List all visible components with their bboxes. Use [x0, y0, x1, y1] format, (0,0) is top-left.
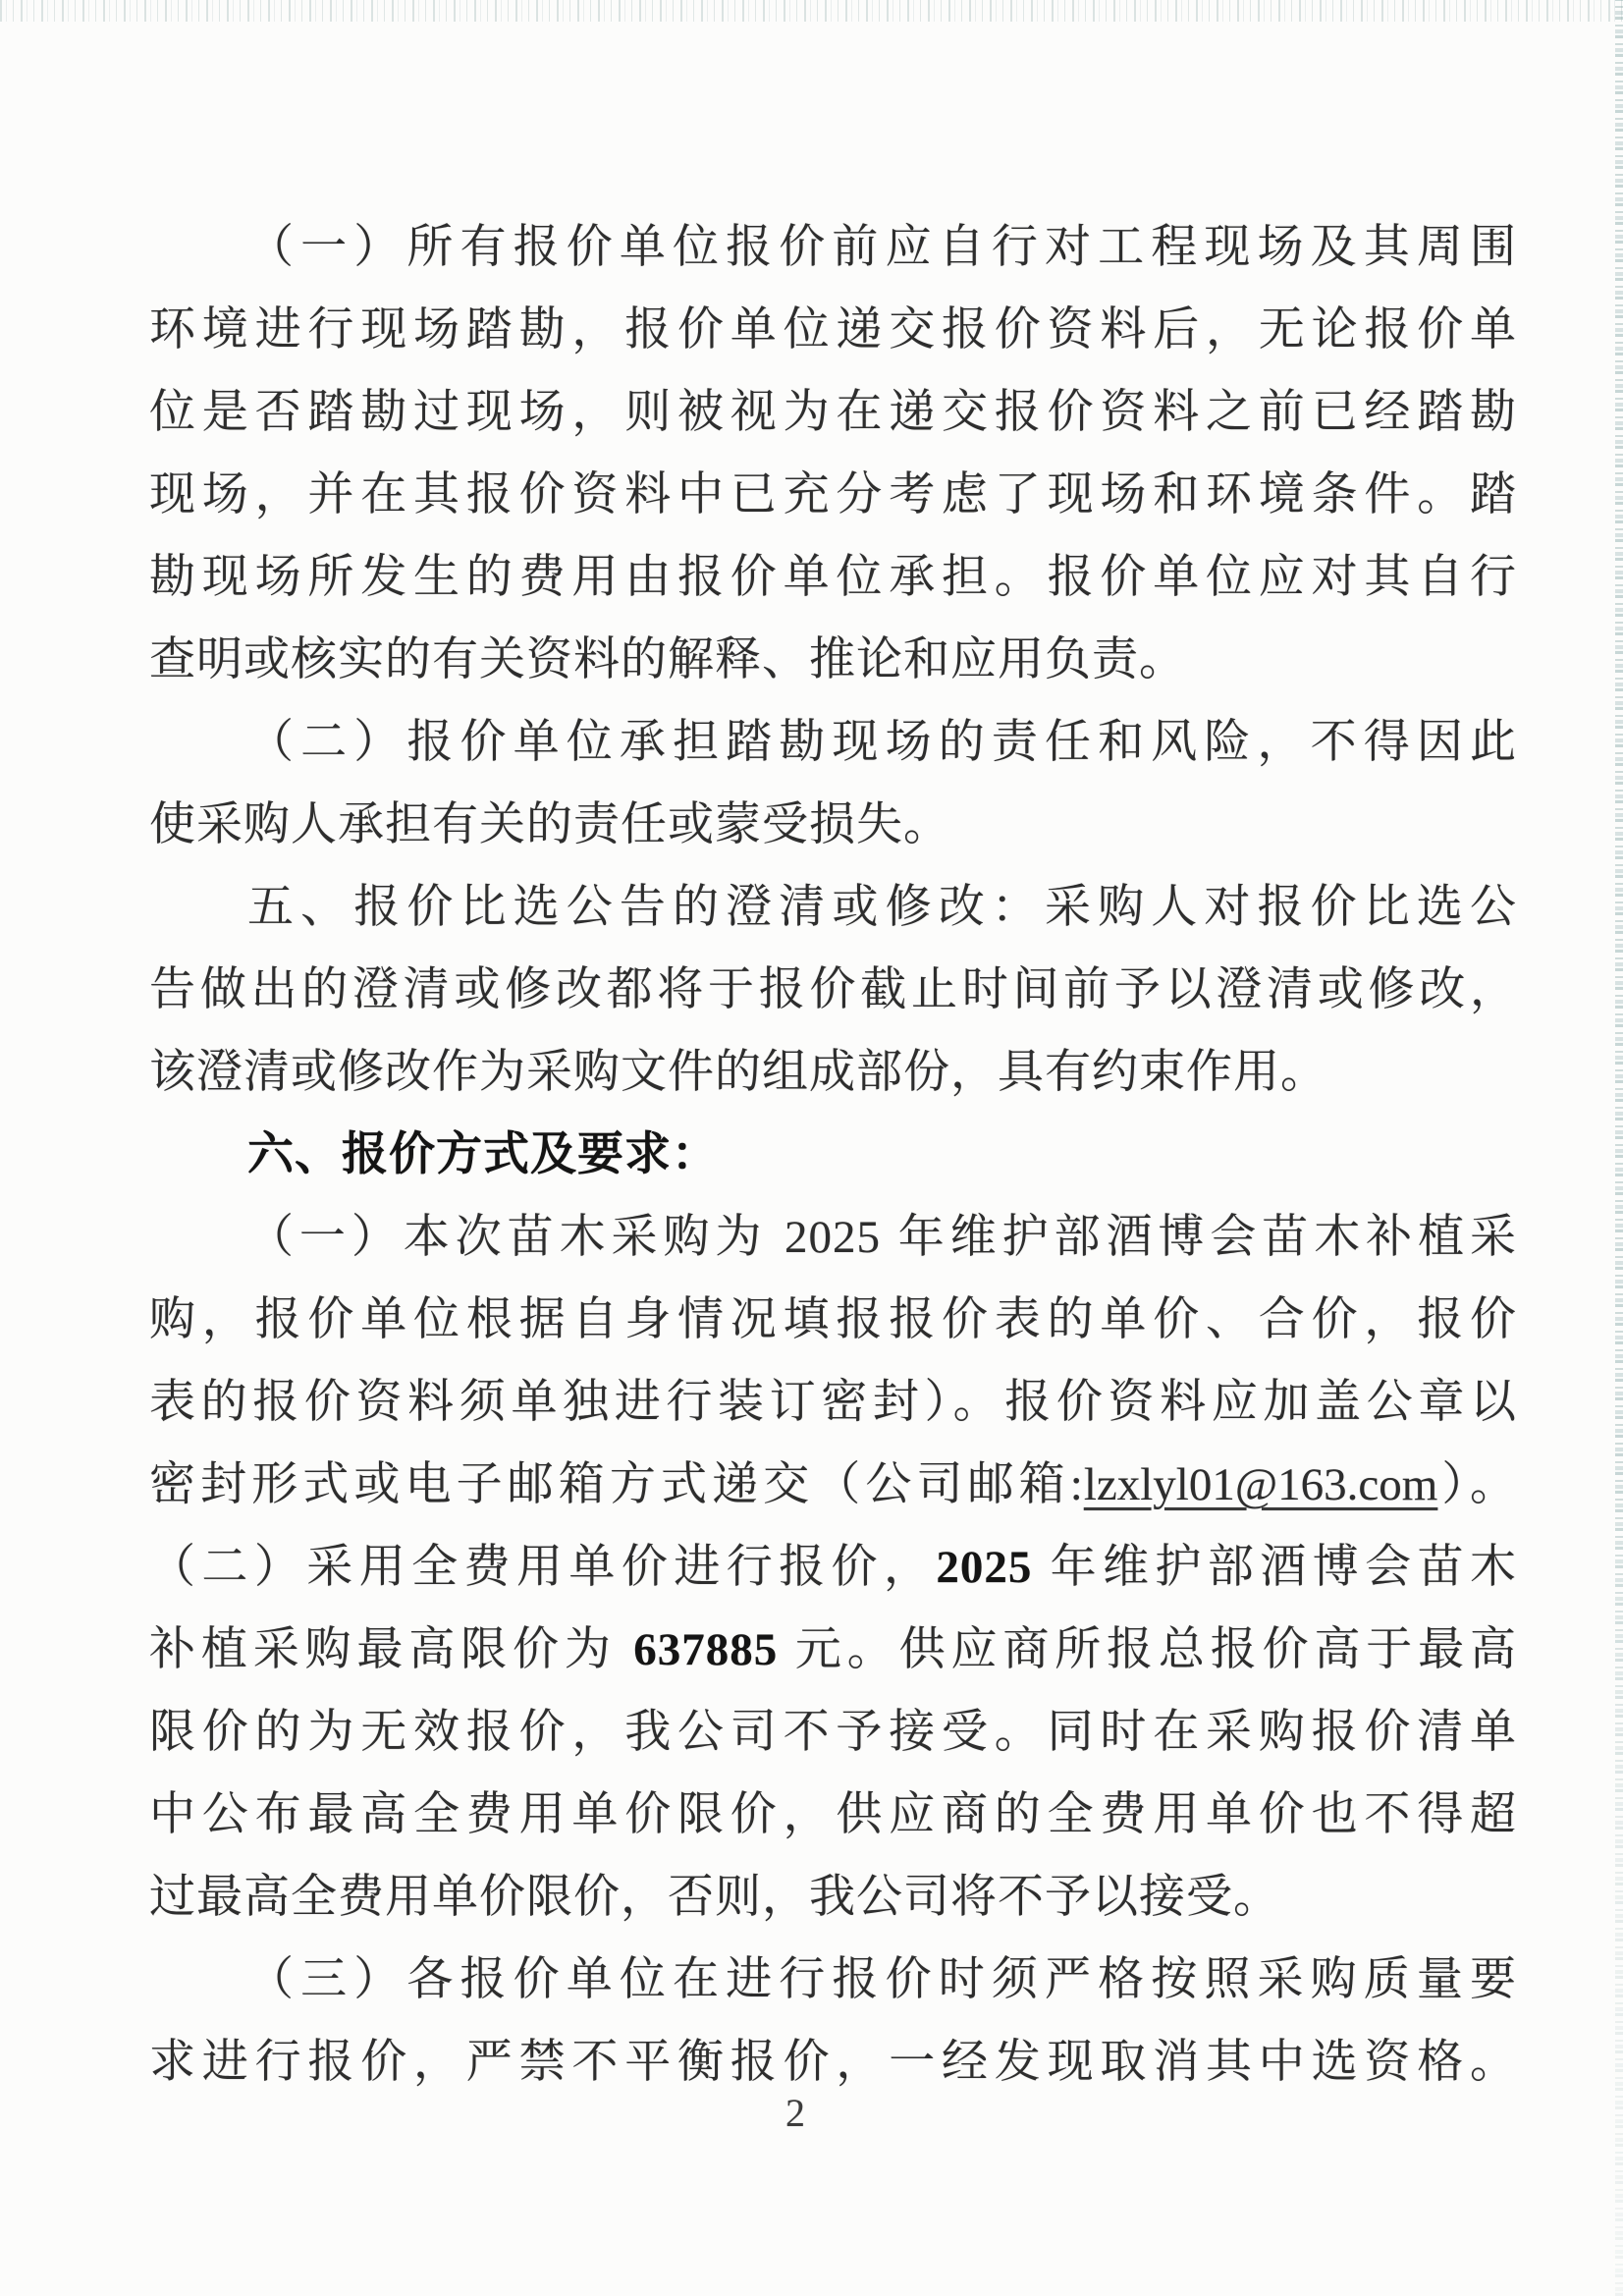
text-line: 中公布最高全费用单价限价，供应商的全费用单价也不得超 [149, 1774, 1517, 1856]
text-segment: 补植采购最高限价为 [149, 1624, 633, 1675]
text-line: 限价的为无效报价，我公司不予接受。同时在采购报价清单 [149, 1691, 1517, 1774]
text-line: （一）所有报价单位报价前应自行对工程现场及其周围 [149, 206, 1517, 289]
text-line: 表的报价资料须单独进行装订密封）。报价资料应加盖公章以 [149, 1361, 1517, 1444]
scan-artifact-top-edge [0, 0, 1623, 22]
text-segment: 位是否踏勘过现场，则被视为在递交报价资料之前已经踏勘 [149, 387, 1517, 438]
text-line: （二）报价单位承担踏勘现场的责任和风险，不得因此 [149, 701, 1517, 784]
text-segment: 表的报价资料须单独进行装订密封）。报价资料应加盖公章以 [149, 1377, 1517, 1428]
text-line: （一）本次苗木采购为 2025 年维护部酒博会苗木补植采 [149, 1196, 1517, 1279]
email-address: lzxlyl01@163.com [1084, 1459, 1438, 1510]
text-segment: 告做出的澄清或修改都将于报价截止时间前予以澄清或修改， [149, 964, 1517, 1015]
text-segment: 元。供应商所报总报价高于最高 [778, 1624, 1517, 1675]
text-line: 补植采购最高限价为 637885 元。供应商所报总报价高于最高 [149, 1609, 1517, 1691]
text-segment: 使采购人承担有关的责任或蒙受损失。 [149, 799, 950, 850]
text-segment: （一）所有报价单位报价前应自行对工程现场及其周围 [247, 222, 1517, 273]
text-line: 购，报价单位根据自身情况填报报价表的单价、合价，报价 [149, 1279, 1517, 1361]
text-segment: 环境进行现场踏勘，报价单位递交报价资料后，无论报价单 [149, 304, 1517, 355]
text-segment: 密封形式或电子邮箱方式递交（公司邮箱: [149, 1459, 1084, 1510]
text-line: 过最高全费用单价限价，否则，我公司将不予以接受。 [149, 1856, 1517, 1939]
text-segment: 勘现场所发生的费用由报价单位承担。报价单位应对其自行 [149, 552, 1517, 603]
text-segment: 查明或核实的有关资料的解释、推论和应用负责。 [149, 634, 1186, 685]
text-segment: 中公布最高全费用单价限价，供应商的全费用单价也不得超 [149, 1789, 1517, 1840]
text-segment: 该澄清或修改作为采购文件的组成部份，具有约束作用。 [149, 1047, 1327, 1098]
text-segment: 购，报价单位根据自身情况填报报价表的单价、合价，报价 [149, 1294, 1517, 1345]
text-segment: （二）报价单位承担踏勘现场的责任和风险，不得因此 [247, 717, 1517, 768]
emphasized-text: 637885 [633, 1624, 778, 1675]
text-line: 环境进行现场踏勘，报价单位递交报价资料后，无论报价单 [149, 289, 1517, 371]
text-segment: 年维护部酒博会苗木 [1032, 1542, 1517, 1593]
text-line: 使采购人承担有关的责任或蒙受损失。 [149, 784, 1517, 866]
text-segment: （三）各报价单位在进行报价时须严格按照采购质量要 [247, 1954, 1517, 2005]
text-line: （二）采用全费用单价进行报价，2025 年维护部酒博会苗木 [149, 1526, 1517, 1609]
document-page: （一）所有报价单位报价前应自行对工程现场及其周围环境进行现场踏勘，报价单位递交报… [0, 0, 1623, 2296]
text-segment: （二）采用全费用单价进行报价， [149, 1542, 936, 1593]
text-line: 位是否踏勘过现场，则被视为在递交报价资料之前已经踏勘 [149, 371, 1517, 454]
document-body: （一）所有报价单位报价前应自行对工程现场及其周围环境进行现场踏勘，报价单位递交报… [149, 206, 1517, 2104]
text-line: 密封形式或电子邮箱方式递交（公司邮箱:lzxlyl01@163.com）。 [149, 1444, 1517, 1526]
text-segment: ）。 [1437, 1459, 1517, 1510]
text-segment: 五、报价比选公告的澄清或修改：采购人对报价比选公 [247, 882, 1517, 933]
text-segment: 限价的为无效报价，我公司不予接受。同时在采购报价清单 [149, 1707, 1517, 1758]
text-segment: 过最高全费用单价限价，否则，我公司将不予以接受。 [149, 1872, 1280, 1923]
text-line: 该澄清或修改作为采购文件的组成部份，具有约束作用。 [149, 1031, 1517, 1114]
text-segment: 现场，并在其报价资料中已充分考虑了现场和环境条件。踏 [149, 469, 1517, 520]
text-line: 五、报价比选公告的澄清或修改：采购人对报价比选公 [149, 866, 1517, 949]
text-line: 查明或核实的有关资料的解释、推论和应用负责。 [149, 619, 1517, 701]
text-segment: （一）本次苗木采购为 2025 年维护部酒博会苗木补植采 [247, 1212, 1517, 1263]
page-number: 2 [0, 2090, 1591, 2136]
text-line: 告做出的澄清或修改都将于报价截止时间前予以澄清或修改， [149, 949, 1517, 1031]
emphasized-text: 六、报价方式及要求： [247, 1129, 719, 1180]
scan-artifact-right-edge [1615, 0, 1623, 2296]
text-line: 勘现场所发生的费用由报价单位承担。报价单位应对其自行 [149, 536, 1517, 619]
text-line: （三）各报价单位在进行报价时须严格按照采购质量要 [149, 1939, 1517, 2021]
text-line: 六、报价方式及要求： [149, 1114, 1517, 1196]
emphasized-text: 2025 [936, 1542, 1032, 1593]
text-segment: 求进行报价，严禁不平衡报价，一经发现取消其中选资格。 [149, 2037, 1517, 2088]
text-line: 现场，并在其报价资料中已充分考虑了现场和环境条件。踏 [149, 454, 1517, 536]
